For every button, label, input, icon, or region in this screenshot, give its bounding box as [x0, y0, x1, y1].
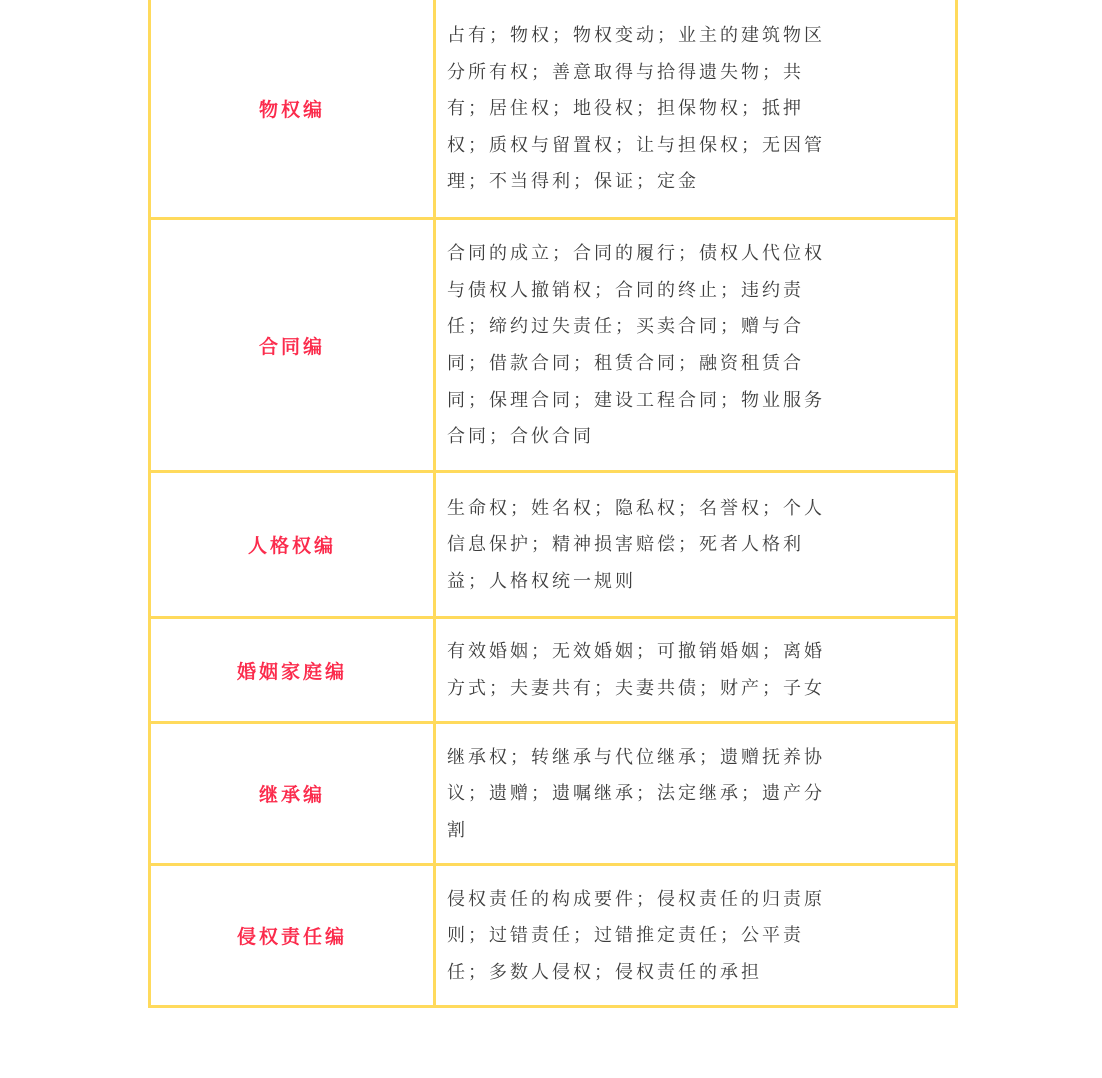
page: 物权编 占有；物权；物权变动；业主的建筑物区分所有权；善意取得与拾得遗失物；共有…: [0, 0, 1102, 1078]
section-name-cell: 婚姻家庭编: [151, 619, 436, 721]
table-row: 人格权编 生命权；姓名权；隐私权；名誉权；个人信息保护；精神损害赔偿；死者人格利…: [151, 470, 955, 616]
section-name: 人格权编: [248, 531, 336, 558]
table-row: 婚姻家庭编 有效婚姻；无效婚姻；可撤销婚姻；离婚方式；夫妻共有；夫妻共债；财产；…: [151, 616, 955, 721]
section-name-cell: 合同编: [151, 220, 436, 470]
section-contents: 侵权责任的构成要件；侵权责任的归责原则；过错责任；过错推定责任；公平责任；多数人…: [447, 881, 831, 991]
section-name-cell: 人格权编: [151, 473, 436, 616]
table-row: 继承编 继承权；转继承与代位继承；遗赠抚养协议；遗赠；遗嘱继承；法定继承；遗产分…: [151, 721, 955, 863]
section-name: 合同编: [259, 332, 325, 359]
section-name: 物权编: [259, 95, 325, 122]
section-contents-cell: 有效婚姻；无效婚姻；可撤销婚姻；离婚方式；夫妻共有；夫妻共债；财产；子女: [436, 619, 955, 721]
section-contents-cell: 生命权；姓名权；隐私权；名誉权；个人信息保护；精神损害赔偿；死者人格利益；人格权…: [436, 473, 955, 616]
section-contents: 继承权；转继承与代位继承；遗赠抚养协议；遗赠；遗嘱继承；法定继承；遗产分割: [447, 739, 831, 849]
section-contents-cell: 侵权责任的构成要件；侵权责任的归责原则；过错责任；过错推定责任；公平责任；多数人…: [436, 866, 955, 1005]
section-name-cell: 继承编: [151, 724, 436, 863]
civil-code-table: 物权编 占有；物权；物权变动；业主的建筑物区分所有权；善意取得与拾得遗失物；共有…: [148, 0, 958, 1008]
section-name: 婚姻家庭编: [237, 657, 347, 684]
table-row: 合同编 合同的成立；合同的履行；债权人代位权与债权人撤销权；合同的终止；违约责任…: [151, 217, 955, 470]
section-contents: 占有；物权；物权变动；业主的建筑物区分所有权；善意取得与拾得遗失物；共有；居住权…: [447, 17, 831, 200]
section-contents: 生命权；姓名权；隐私权；名誉权；个人信息保护；精神损害赔偿；死者人格利益；人格权…: [447, 490, 831, 600]
table-row: 物权编 占有；物权；物权变动；业主的建筑物区分所有权；善意取得与拾得遗失物；共有…: [151, 0, 955, 217]
section-name: 侵权责任编: [237, 922, 347, 949]
table-row: 侵权责任编 侵权责任的构成要件；侵权责任的归责原则；过错责任；过错推定责任；公平…: [151, 863, 955, 1005]
section-name-cell: 物权编: [151, 0, 436, 217]
section-contents: 合同的成立；合同的履行；债权人代位权与债权人撤销权；合同的终止；违约责任；缔约过…: [447, 235, 831, 455]
section-contents-cell: 占有；物权；物权变动；业主的建筑物区分所有权；善意取得与拾得遗失物；共有；居住权…: [436, 0, 955, 217]
section-contents-cell: 继承权；转继承与代位继承；遗赠抚养协议；遗赠；遗嘱继承；法定继承；遗产分割: [436, 724, 955, 863]
section-name-cell: 侵权责任编: [151, 866, 436, 1005]
section-contents-cell: 合同的成立；合同的履行；债权人代位权与债权人撤销权；合同的终止；违约责任；缔约过…: [436, 220, 955, 470]
section-name: 继承编: [259, 780, 325, 807]
section-contents: 有效婚姻；无效婚姻；可撤销婚姻；离婚方式；夫妻共有；夫妻共债；财产；子女: [447, 633, 831, 706]
